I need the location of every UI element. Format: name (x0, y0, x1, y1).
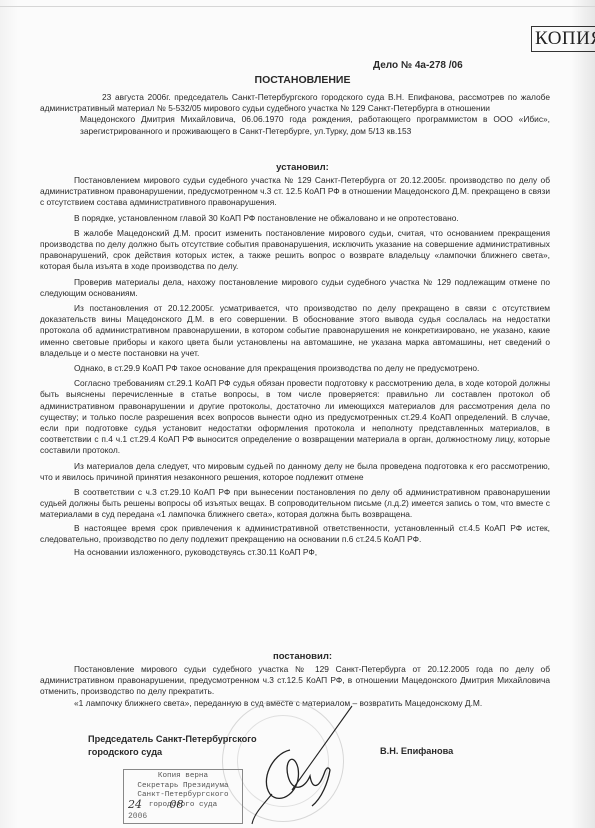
paragraph: В порядке, установленном главой 30 КоАП … (40, 213, 550, 224)
intro-paragraph: 23 августа 2006г. председатель Санкт-Пет… (40, 92, 550, 114)
intro-block: 23 августа 2006г. председатель Санкт-Пет… (40, 92, 550, 137)
document-page: КОПИЯ Дело № 4а-278 /06 ПОСТАНОВЛЕНИЕ 23… (0, 0, 595, 828)
paragraph: Согласно требованиям ст.29.1 КоАП РФ суд… (40, 378, 550, 456)
document-title: ПОСТАНОВЛЕНИЕ (0, 74, 595, 86)
certification-stamp: Копия верна Секретарь Президиума Санкт-П… (123, 769, 243, 824)
established-heading: установил: (0, 162, 595, 173)
cert-month: 08 (170, 800, 220, 810)
paragraph: В настоящее время срок привлечения к адм… (40, 523, 550, 545)
paragraph: На основании изложенного, руководствуясь… (40, 547, 550, 558)
paragraph: Однако, в ст.29.9 КоАП РФ такое основани… (40, 363, 550, 374)
paragraph: Проверив материалы дела, нахожу постанов… (40, 277, 550, 299)
paragraph: В жалобе Мацедонский Д.М. просит изменит… (40, 228, 550, 273)
paragraph: В соответствии с ч.3 ст.29.10 КоАП РФ пр… (40, 487, 550, 521)
paragraph: Постановлением мирового судьи судебного … (40, 175, 550, 209)
cert-date: 24 08 2006 (128, 800, 240, 821)
paragraph: Постановление мирового судьи судебного у… (40, 664, 550, 698)
cert-year: 2006 (128, 812, 147, 822)
handwritten-signature (232, 702, 382, 828)
signatory-name: В.Н. Епифанова (380, 746, 453, 756)
established-block: Постановлением мирового судьи судебного … (40, 175, 550, 558)
defendant-paragraph: Мацедонского Дмитрия Михайловича, 06.06.… (40, 114, 550, 136)
paragraph: Из материалов дела следует, что мировым … (40, 461, 550, 483)
copy-stamp: КОПИЯ (531, 26, 595, 52)
resolved-heading: постановил: (0, 651, 595, 662)
paragraph: Из постановления от 20.12.2005г. усматри… (40, 303, 550, 359)
cert-day: 24 (128, 800, 166, 810)
cert-line: Копия верна (124, 772, 242, 782)
case-number: Дело № 4а-278 /06 (373, 60, 463, 71)
scan-edge-line (0, 6, 595, 7)
cert-line: Секретарь Президиума (124, 782, 242, 792)
